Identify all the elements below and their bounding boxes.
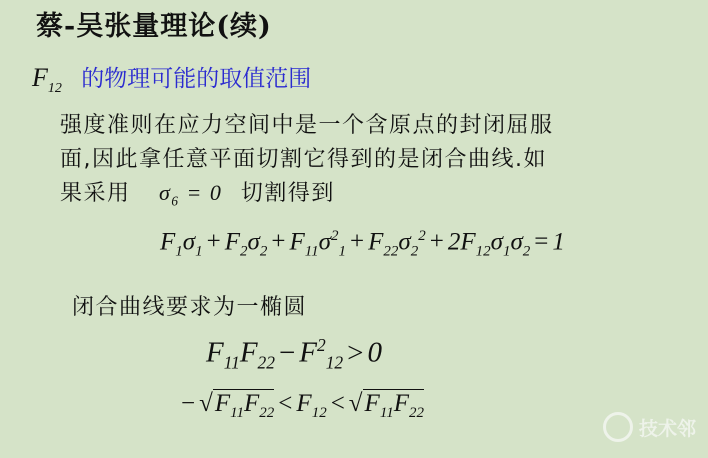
ellipse-note: 闭合曲线要求为一椭圆: [72, 290, 307, 321]
subtitle-text: 的物理可能的取值范围: [81, 66, 311, 92]
tsai-wu-equation: F1σ1+F2σ2+F11σ21+F22σ22+2F12σ1σ2=1: [160, 228, 565, 260]
paragraph-line-1: 强度准则在应力空间中是一个含原点的封闭屈服: [60, 108, 554, 139]
f12-symbol: F12: [32, 63, 62, 92]
slide-title: 蔡-吴张量理论(续): [36, 4, 272, 43]
watermark-text: 技术邻: [639, 414, 696, 441]
line3-post: 切割得到: [241, 181, 335, 206]
watermark: 技术邻: [603, 412, 696, 442]
line3-pre: 果采用: [60, 181, 131, 206]
ellipse-condition: F11F22−F212>0: [206, 335, 382, 373]
subtitle: F12 的物理可能的取值范围: [32, 60, 311, 97]
paragraph-line-3: 果采用 σ6 = 0 切割得到: [60, 176, 335, 209]
paragraph-line-2: 面,因此拿任意平面切割它得到的是闭合曲线.如: [60, 142, 547, 173]
sigma6-equation: σ6 = 0: [159, 180, 222, 205]
mascot-icon: [603, 412, 633, 442]
f12-range: −√F11F22<F12<√F11F22: [177, 390, 424, 422]
